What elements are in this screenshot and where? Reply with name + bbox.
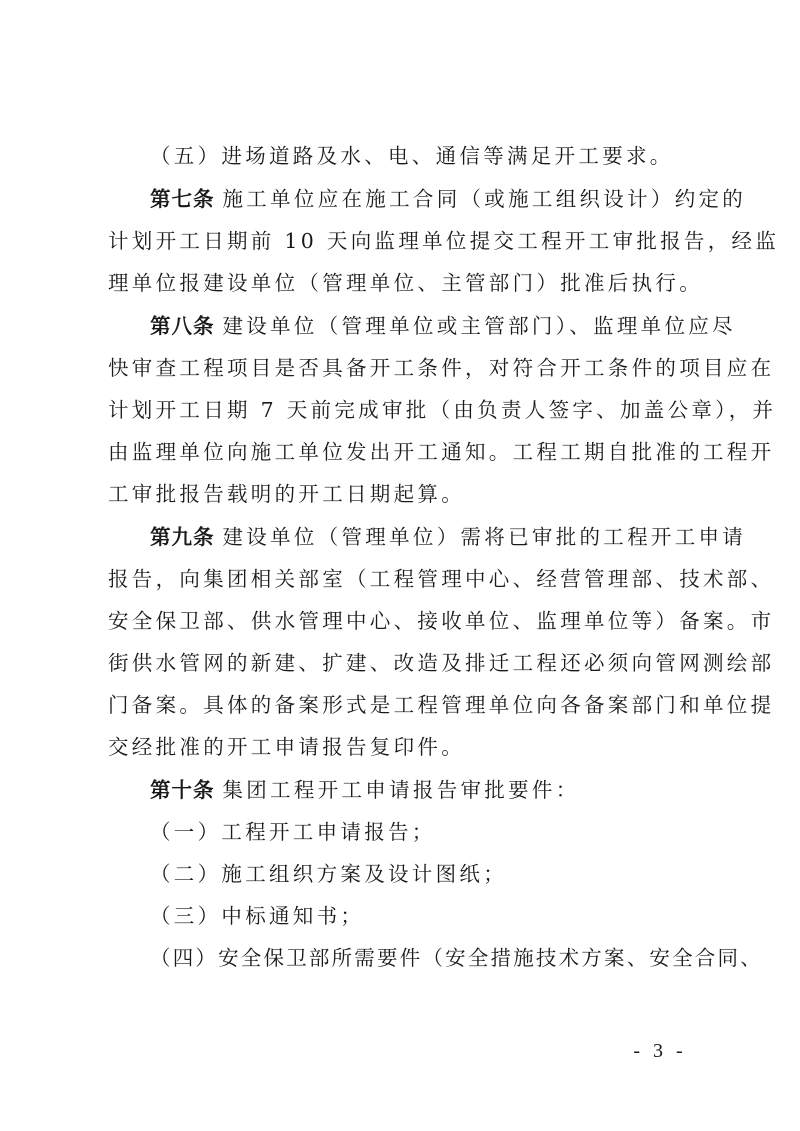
article-eight-line-2: 快审查工程项目是否具备开工条件，对符合开工条件的项目应在 <box>108 355 698 381</box>
line-text: 快审查工程项目是否具备开工条件，对符合开工条件的项目应在 <box>108 356 774 380</box>
article-ten-line-1: 第十条集团工程开工申请报告审批要件： <box>150 777 740 803</box>
line-text: 门备案。具体的备案形式是工程管理单位向各备案部门和单位提 <box>108 693 774 717</box>
line-text: 安全保卫部、供水管理中心、接收单位、监理单位等）备案。市 <box>108 609 774 633</box>
article-nine-line-6: 交经批准的开工申请报告复印件。 <box>108 734 698 760</box>
article-ten-item-2: （二）施工组织方案及设计图纸； <box>150 861 740 887</box>
page-number: - 3 - <box>620 1040 700 1063</box>
article-nine-line-5: 门备案。具体的备案形式是工程管理单位向各备案部门和单位提 <box>108 692 698 718</box>
line-text: 施工单位应在施工合同（或施工组织设计）约定的 <box>223 187 747 211</box>
item-five-line: （五）进场道路及水、电、通信等满足开工要求。 <box>150 143 740 169</box>
article-ten-item-3: （三）中标通知书； <box>150 903 740 929</box>
article-nine-line-1: 第九条建设单位（管理单位）需将已审批的工程开工申请 <box>150 524 740 550</box>
line-text: 建设单位（管理单位或主管部门）、监理单位应尽 <box>223 314 736 338</box>
article-ten-item-1: （一）工程开工申请报告； <box>150 819 740 845</box>
article-nine-line-2: 报告，向集团相关部室（工程管理中心、经营管理部、技术部、 <box>108 566 698 592</box>
line-text: 由监理单位向施工单位发出开工通知。工程工期自批准的工程开 <box>108 440 774 464</box>
line-text: 街供水管网的新建、扩建、改造及排迁工程还必须向管网测绘部 <box>108 651 774 675</box>
line-text: （一）工程开工申请报告； <box>150 820 436 844</box>
line-text: （二）施工组织方案及设计图纸； <box>150 862 507 886</box>
line-text: 建设单位（管理单位）需将已审批的工程开工申请 <box>223 525 747 549</box>
line-text: （三）中标通知书； <box>150 904 364 928</box>
line-text: （五）进场道路及水、电、通信等满足开工要求。 <box>150 144 674 168</box>
article-seven-line-2: 计划开工日期前 10 天向监理单位提交工程开工审批报告，经监 <box>108 228 698 254</box>
article-eight-line-5: 工审批报告载明的开工日期起算。 <box>108 481 698 507</box>
line-text: 理单位报建设单位（管理单位、主管部门）批准后执行。 <box>108 271 703 295</box>
article-eight-line-3: 计划开工日期 7 天前完成审批（由负责人签字、加盖公章），并 <box>108 397 698 423</box>
article-nine-heading: 第九条 <box>150 525 215 549</box>
article-eight-heading: 第八条 <box>150 314 215 338</box>
article-nine-line-4: 街供水管网的新建、扩建、改造及排迁工程还必须向管网测绘部 <box>108 650 698 676</box>
line-text: 集团工程开工申请报告审批要件： <box>223 778 580 802</box>
article-nine-line-3: 安全保卫部、供水管理中心、接收单位、监理单位等）备案。市 <box>108 608 698 634</box>
article-seven-heading: 第七条 <box>150 187 215 211</box>
line-text: 交经批准的开工申请报告复印件。 <box>108 735 465 759</box>
article-eight-line-4: 由监理单位向施工单位发出开工通知。工程工期自批准的工程开 <box>108 439 698 465</box>
document-page: （五）进场道路及水、电、通信等满足开工要求。 第七条施工单位应在施工合同（或施工… <box>0 0 800 1131</box>
line-text: 计划开工日期前 10 天向监理单位提交工程开工审批报告，经监 <box>108 229 779 253</box>
article-seven-line-1: 第七条施工单位应在施工合同（或施工组织设计）约定的 <box>150 186 740 212</box>
article-seven-line-3: 理单位报建设单位（管理单位、主管部门）批准后执行。 <box>108 270 698 296</box>
line-text: 报告，向集团相关部室（工程管理中心、经营管理部、技术部、 <box>108 567 774 591</box>
line-text: 计划开工日期 7 天前完成审批（由负责人签字、加盖公章），并 <box>108 398 776 422</box>
line-text: 工审批报告载明的开工日期起算。 <box>108 482 465 506</box>
article-eight-line-1: 第八条建设单位（管理单位或主管部门）、监理单位应尽 <box>150 313 740 339</box>
article-ten-item-4: （四）安全保卫部所需要件（安全措施技术方案、安全合同、 <box>150 945 740 971</box>
line-text: （四）安全保卫部所需要件（安全措施技术方案、安全合同、 <box>150 946 763 970</box>
article-ten-heading: 第十条 <box>150 778 215 802</box>
